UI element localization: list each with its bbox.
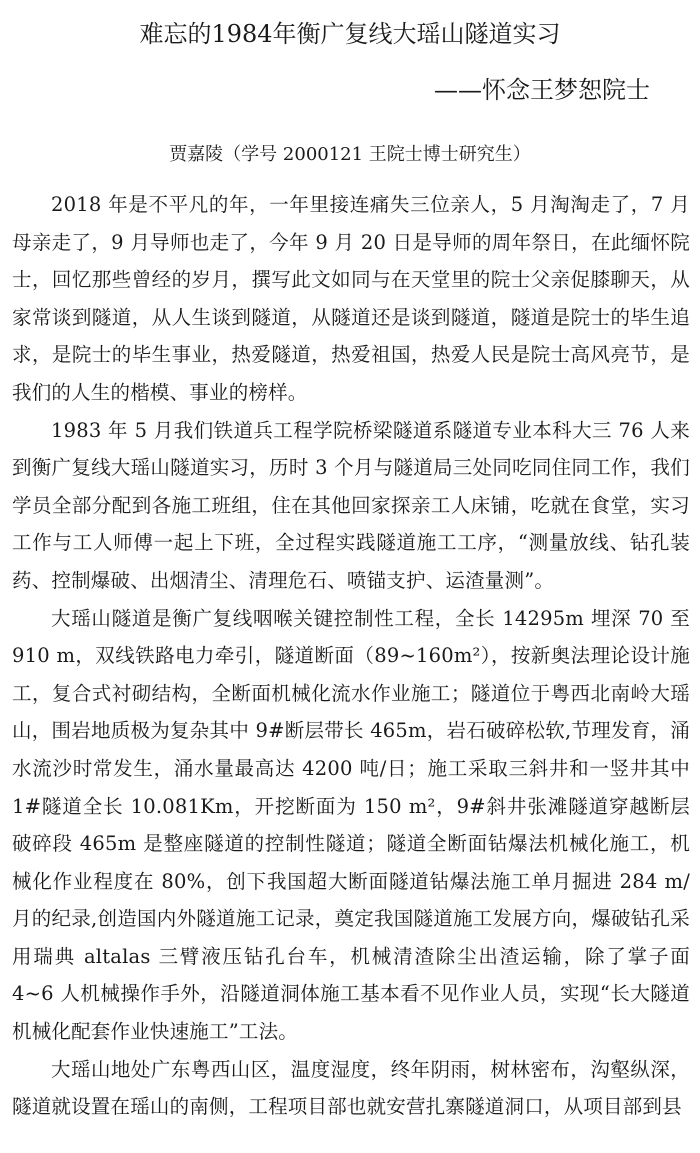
paragraph: 大瑶山隧道是衡广复线咽喉关键控制性工程，全长 14295m 埋深 70 至 91…: [12, 600, 690, 1051]
document-body: 2018 年是不平凡的年，一年里接连痛失三位亲人，5 月淘淘走了，7 月母亲走了…: [12, 186, 690, 1126]
paragraph: 大瑶山地处广东粤西山区，温度湿度，终年阴雨，树林密布，沟壑纵深，隧道就设置在瑶山…: [12, 1051, 690, 1126]
document-title: 难忘的1984年衡广复线大瑶山隧道实习: [0, 14, 700, 49]
author-line: 贾嘉陵（学号 2000121 王院士博士研究生）: [0, 140, 700, 166]
document-subtitle: ——怀念王梦恕院士: [434, 70, 650, 105]
paragraph: 1983 年 5 月我们铁道兵工程学院桥梁隧道系隧道专业本科大三 76 人来到衡…: [12, 412, 690, 600]
paragraph: 2018 年是不平凡的年，一年里接连痛失三位亲人，5 月淘淘走了，7 月母亲走了…: [12, 186, 690, 412]
